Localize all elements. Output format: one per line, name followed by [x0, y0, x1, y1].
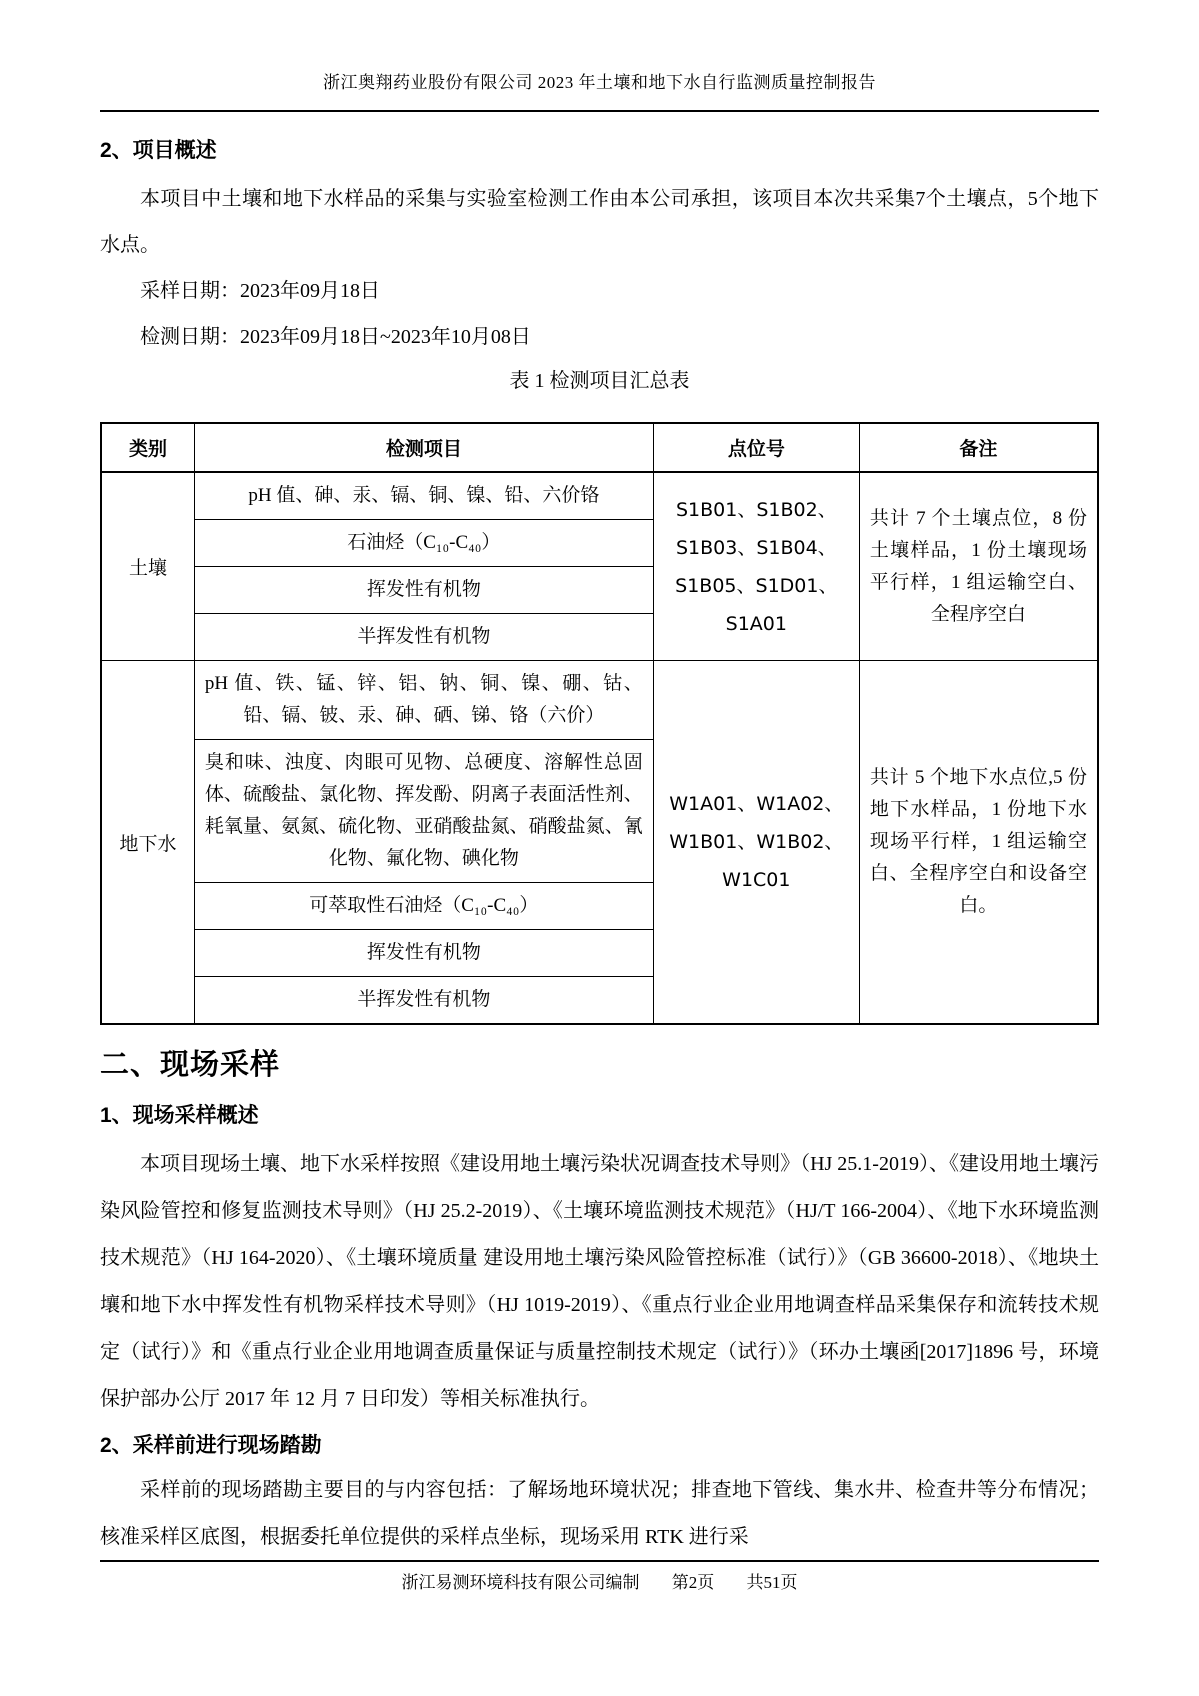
table-caption: 表 1 检测项目汇总表	[100, 366, 1099, 396]
item-cell: 石油烃（C₁₀-C₄₀）	[194, 520, 653, 567]
page-header: 浙江奥翔药业股份有限公司 2023 年土壤和地下水自行监测质量控制报告	[100, 70, 1099, 112]
footer-company: 浙江易测环境科技有限公司编制	[402, 1573, 640, 1592]
footer-page-number: 第2页	[672, 1573, 715, 1592]
footer-text: 浙江易测环境科技有限公司编制 第2页 共51页	[100, 1570, 1099, 1596]
remark-cell-soil: 共计 7 个土壤点位，8 份土壤样品，1 份土壤现场平行样，1 组运输空白、全程…	[859, 472, 1098, 661]
item-cell: 挥发性有机物	[194, 930, 653, 977]
item-cell: 半挥发性有机物	[194, 977, 653, 1025]
table-row: 土壤 pH 值、砷、汞、镉、铜、镍、铅、六价铬 S1B01、S1B02、S1B0…	[101, 472, 1098, 520]
remark-cell-groundwater: 共计 5 个地下水点位,5 份地下水样品，1 份地下水现场平行样，1 组运输空白…	[859, 661, 1098, 1025]
column-header-points: 点位号	[653, 423, 859, 472]
summary-table: 类别 检测项目 点位号 备注 土壤 pH 值、砷、汞、镉、铜、镍、铅、六价铬 S…	[100, 422, 1099, 1025]
sampling-section-heading: 二、现场采样	[100, 1045, 1099, 1085]
footer-rule	[100, 1560, 1099, 1562]
sampling-overview-heading: 1、现场采样概述	[100, 1101, 1099, 1131]
item-cell: pH 值、砷、汞、镉、铜、镍、铅、六价铬	[194, 472, 653, 520]
overview-heading: 2、项目概述	[100, 136, 1099, 166]
testing-date-line: 检测日期：2023年09月18日~2023年10月08日	[100, 314, 1099, 360]
site-survey-heading: 2、采样前进行现场踏勘	[100, 1431, 1099, 1461]
item-cell: pH 值、铁、锰、锌、铝、钠、铜、镍、硼、钴、铅、镉、铍、汞、砷、硒、锑、铬（六…	[194, 661, 653, 740]
site-survey-paragraph: 采样前的现场踏勘主要目的与内容包括：了解场地环境状况；排查地下管线、集水井、检查…	[100, 1467, 1099, 1561]
table-header-row: 类别 检测项目 点位号 备注	[101, 423, 1098, 472]
column-header-category: 类别	[101, 423, 194, 472]
points-cell-soil: S1B01、S1B02、S1B03、S1B04、S1B05、S1D01、S1A0…	[653, 472, 859, 661]
overview-paragraph: 本项目中土壤和地下水样品的采集与实验室检测工作由本公司承担，该项目本次共采集7个…	[100, 176, 1099, 268]
item-cell: 半挥发性有机物	[194, 614, 653, 661]
sampling-overview-paragraph: 本项目现场土壤、地下水采样按照《建设用地土壤污染状况调查技术导则》（HJ 25.…	[100, 1141, 1099, 1423]
header-title: 浙江奥翔药业股份有限公司 2023 年土壤和地下水自行监测质量控制报告	[100, 70, 1099, 96]
page-body: 2、项目概述 本项目中土壤和地下水样品的采集与实验室检测工作由本公司承担，该项目…	[100, 136, 1099, 1561]
header-rule	[100, 110, 1099, 112]
item-cell: 挥发性有机物	[194, 567, 653, 614]
category-cell-groundwater: 地下水	[101, 661, 194, 1025]
item-cell: 可萃取性石油烃（C₁₀-C₄₀）	[194, 883, 653, 930]
report-page: 浙江奥翔药业股份有限公司 2023 年土壤和地下水自行监测质量控制报告 2、项目…	[0, 0, 1199, 1696]
footer-total-pages: 共51页	[747, 1573, 798, 1592]
column-header-remark: 备注	[859, 423, 1098, 472]
column-header-items: 检测项目	[194, 423, 653, 472]
category-cell-soil: 土壤	[101, 472, 194, 661]
page-footer: 浙江易测环境科技有限公司编制 第2页 共51页	[100, 1560, 1099, 1596]
points-cell-groundwater: W1A01、W1A02、W1B01、W1B02、W1C01	[653, 661, 859, 1025]
table-row: 地下水 pH 值、铁、锰、锌、铝、钠、铜、镍、硼、钴、铅、镉、铍、汞、砷、硒、锑…	[101, 661, 1098, 740]
item-cell: 臭和味、浊度、肉眼可见物、总硬度、溶解性总固体、硫酸盐、氯化物、挥发酚、阴离子表…	[194, 740, 653, 883]
sampling-date-line: 采样日期：2023年09月18日	[100, 268, 1099, 314]
